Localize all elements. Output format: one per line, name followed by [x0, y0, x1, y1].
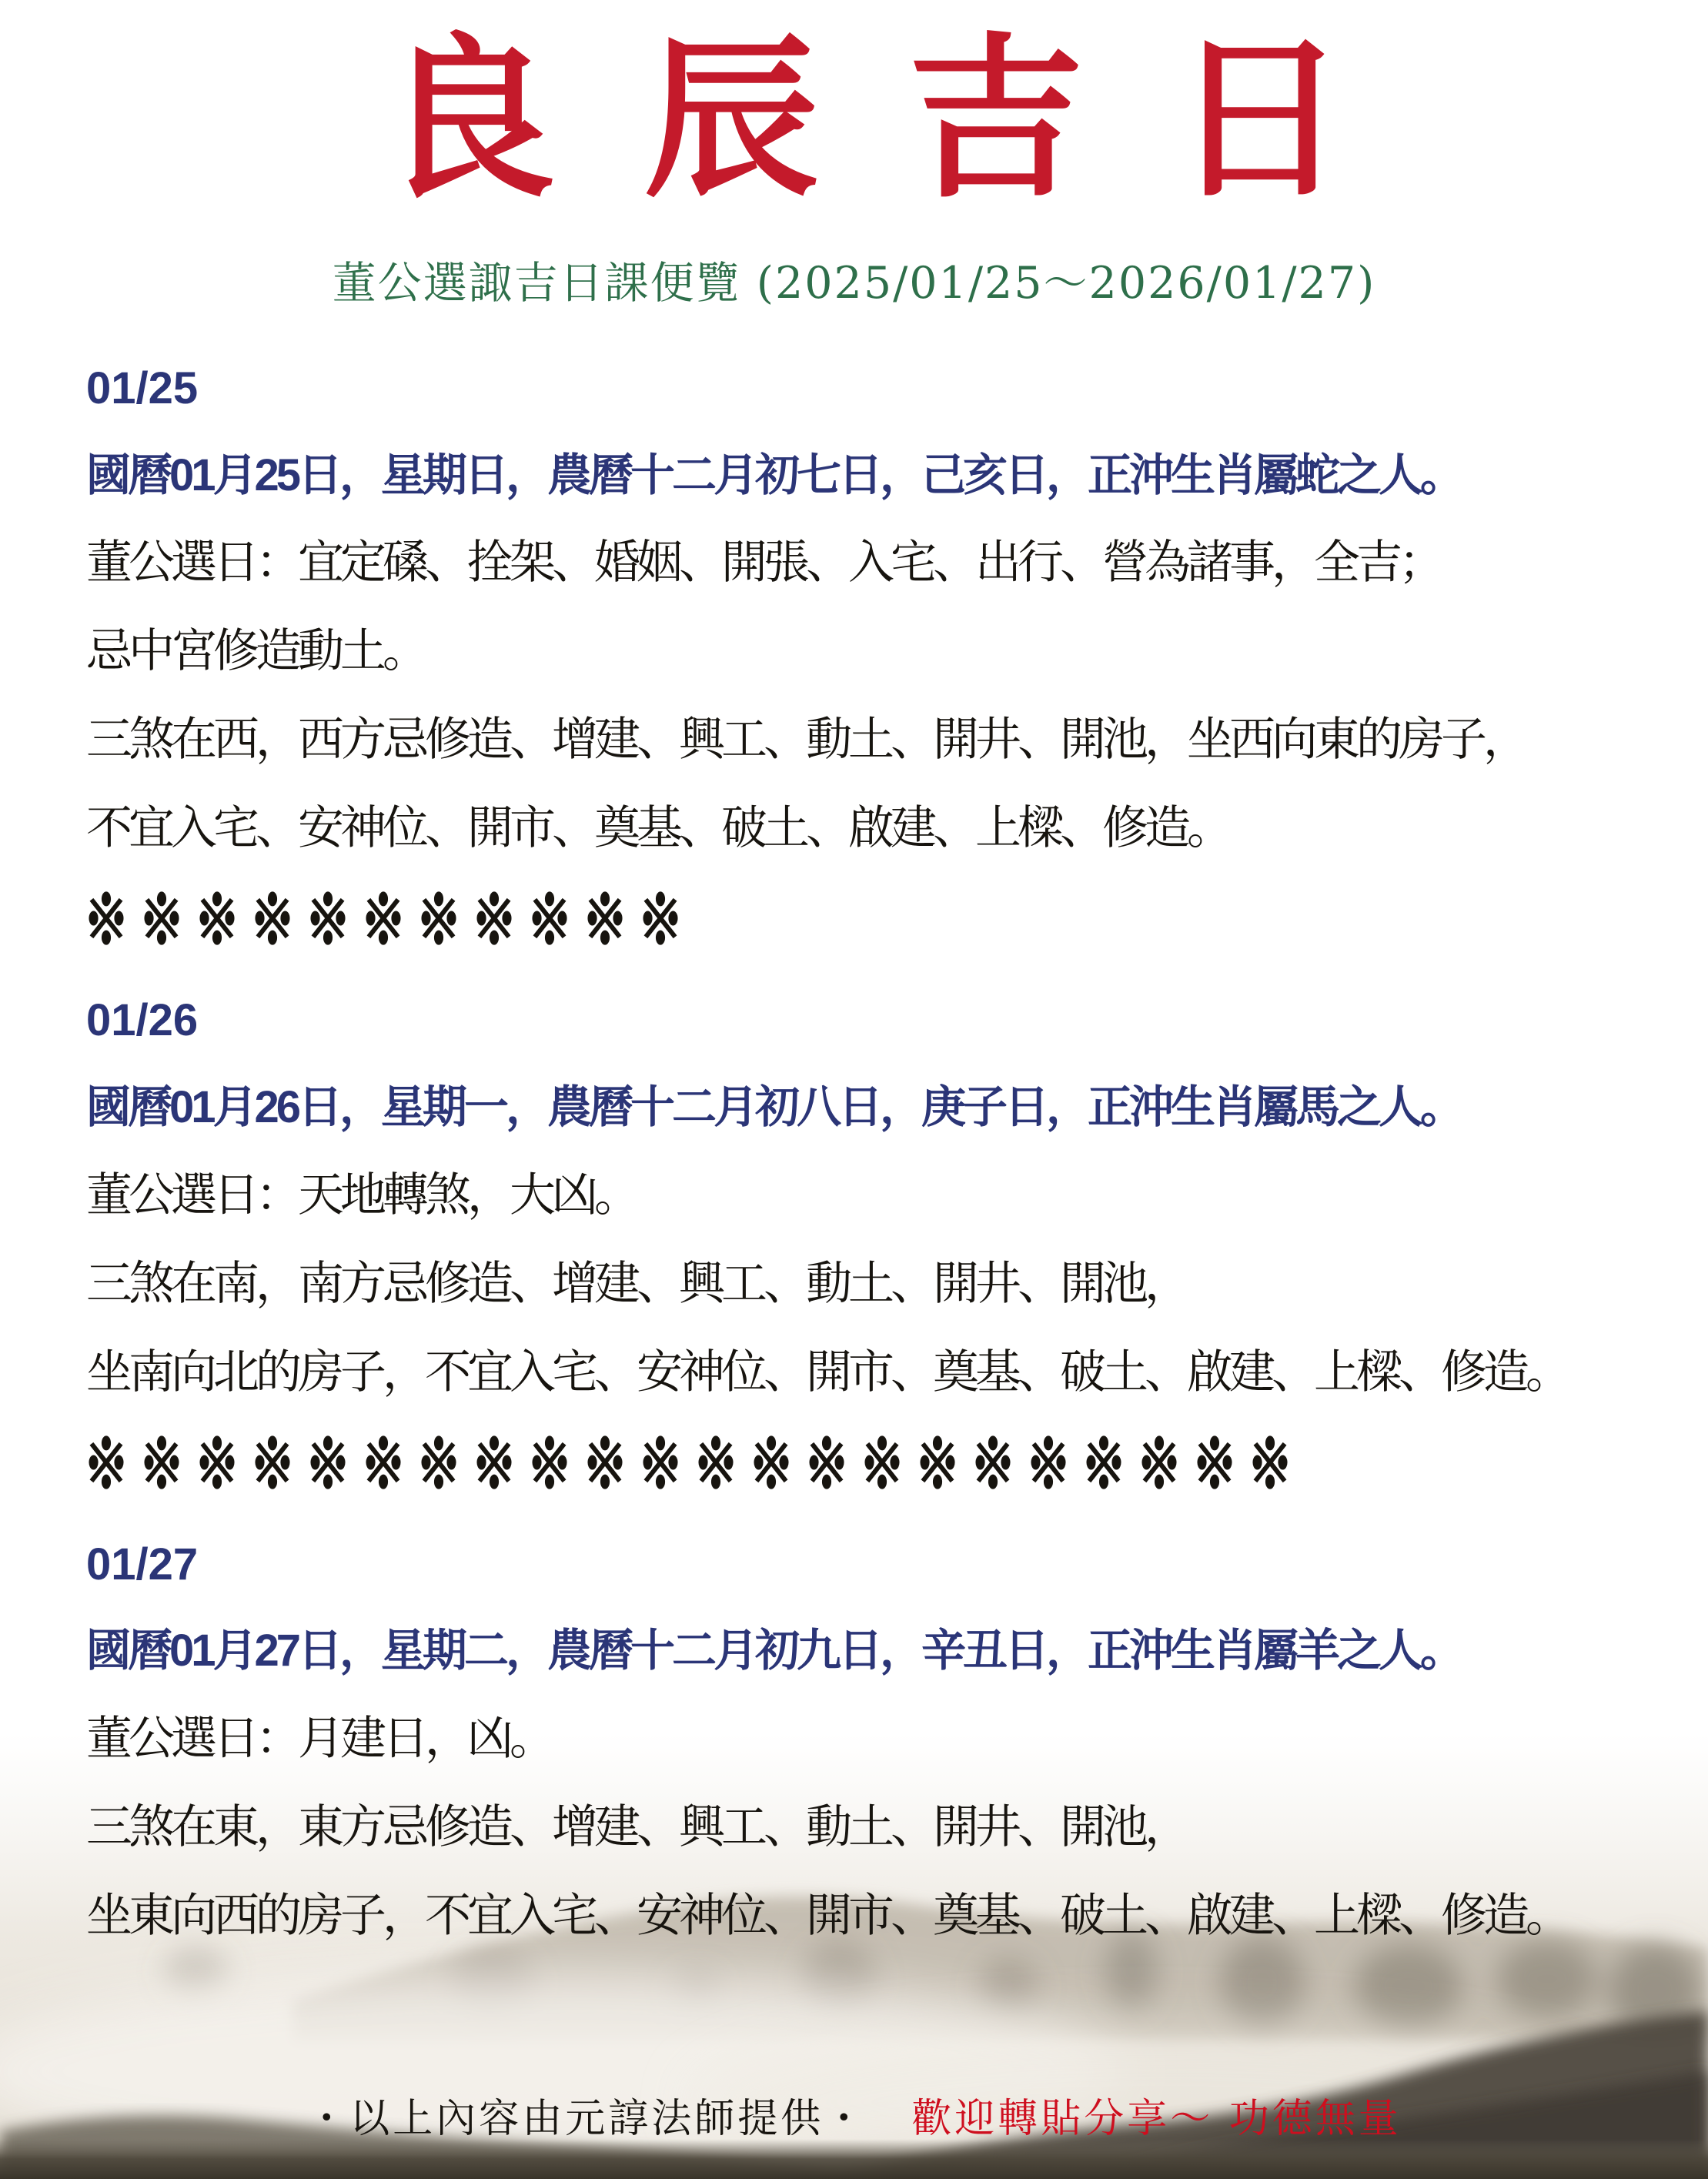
day-summary-line: 國曆01月27日，星期二，農曆十二月初九日，辛丑日，正沖生肖屬羊之人。	[86, 1626, 1677, 1677]
reference-mark-icon	[973, 1432, 1013, 1492]
date-heading: 01/25	[86, 363, 1677, 415]
reference-mark-icon	[363, 1432, 403, 1492]
footer: ・以上內容由元諄法師提供・歡迎轉貼分享～ 功德無量	[0, 2095, 1708, 2143]
dong-gong-line: 董公選日：天地轉煞，大凶。	[86, 1169, 1677, 1222]
reference-mark-icon	[1084, 1432, 1124, 1492]
reference-mark-icon	[640, 888, 680, 948]
reference-mark-icon	[197, 1432, 237, 1492]
dong-gong-line: 董公選日：宜定磉、拴架、婚姻、開張、入宅、出行、營為諸事，全吉；	[86, 536, 1677, 590]
reference-mark-icon	[1139, 1432, 1179, 1492]
day-summary-line: 國曆01月25日，星期日，農曆十二月初七日，己亥日，正沖生肖屬蛇之人。	[86, 450, 1677, 502]
footer-share-text: 歡迎轉貼分享～ 功德無量	[911, 2096, 1402, 2142]
unsuitable-line: 不宜入宅、安神位、開市、奠基、破土、啟建、上樑、修造。	[86, 802, 1677, 855]
divider-reference-marks	[86, 1430, 1677, 1495]
three-sha-line: 三煞在南，南方忌修造、增建、興工、動土、開井、開池，	[86, 1258, 1677, 1311]
reference-mark-icon	[308, 1432, 348, 1492]
reference-mark-icon	[474, 888, 514, 948]
day-sections: 01/25 國曆01月25日，星期日，農曆十二月初七日，己亥日，正沖生肖屬蛇之人…	[0, 363, 1708, 1943]
three-sha-line: 三煞在東，東方忌修造、增建、興工、動土、開井、開池，	[86, 1801, 1677, 1854]
dong-gong-line: 董公選日：月建日，凶。	[86, 1713, 1677, 1766]
reference-mark-icon	[419, 888, 459, 948]
reference-mark-icon	[308, 888, 348, 948]
reference-mark-icon	[530, 888, 570, 948]
reference-mark-icon	[862, 1432, 902, 1492]
reference-mark-icon	[1250, 1432, 1290, 1492]
reference-mark-icon	[419, 1432, 459, 1492]
reference-mark-icon	[696, 1432, 736, 1492]
day-section-0126: 01/26 國曆01月26日，星期一，農曆十二月初八日，庚子日，正沖生肖屬馬之人…	[86, 995, 1677, 1494]
page-subtitle: 董公選諏吉日課便覽 (2025/01/25～2026/01/27)	[0, 248, 1708, 311]
date-heading: 01/27	[86, 1539, 1677, 1591]
taboo-line: 忌中宮修造動土。	[86, 625, 1677, 678]
reference-mark-icon	[807, 1432, 847, 1492]
unsuitable-line: 坐東向西的房子，不宜入宅、安神位、開市、奠基、破土、啟建、上樑、修造。	[86, 1890, 1677, 1943]
reference-mark-icon	[1195, 1432, 1235, 1492]
divider-reference-marks	[86, 886, 1677, 951]
footer-provider-text: ・以上內容由元諄法師提供・	[306, 2096, 867, 2142]
reference-mark-icon	[1028, 1432, 1068, 1492]
reference-mark-icon	[142, 888, 182, 948]
reference-mark-icon	[142, 1432, 182, 1492]
reference-mark-icon	[252, 888, 292, 948]
reference-mark-icon	[86, 1432, 126, 1492]
day-section-0125: 01/25 國曆01月25日，星期日，農曆十二月初七日，己亥日，正沖生肖屬蛇之人…	[86, 363, 1677, 951]
reference-mark-icon	[585, 1432, 625, 1492]
unsuitable-line: 坐南向北的房子，不宜入宅、安神位、開市、奠基、破土、啟建、上樑、修造。	[86, 1346, 1677, 1399]
reference-mark-icon	[252, 1432, 292, 1492]
three-sha-line: 三煞在西，西方忌修造、增建、興工、動土、開井、開池，坐西向東的房子，	[86, 714, 1677, 767]
date-heading: 01/26	[86, 995, 1677, 1047]
reference-mark-icon	[363, 888, 403, 948]
reference-mark-icon	[86, 888, 126, 948]
day-section-0127: 01/27 國曆01月27日，星期二，農曆十二月初九日，辛丑日，正沖生肖屬羊之人…	[86, 1539, 1677, 1943]
reference-mark-icon	[640, 1432, 680, 1492]
reference-mark-icon	[474, 1432, 514, 1492]
reference-mark-icon	[585, 888, 625, 948]
reference-mark-icon	[530, 1432, 570, 1492]
reference-mark-icon	[751, 1432, 791, 1492]
page-title: 良辰吉日	[0, 32, 1708, 208]
almanac-poster: 良辰吉日 董公選諏吉日課便覽 (2025/01/25～2026/01/27) 0…	[0, 0, 1708, 2179]
reference-mark-icon	[197, 888, 237, 948]
poster-content: 良辰吉日 董公選諏吉日課便覽 (2025/01/25～2026/01/27) 0…	[0, 0, 1708, 2179]
reference-mark-icon	[918, 1432, 958, 1492]
day-summary-line: 國曆01月26日，星期一，農曆十二月初八日，庚子日，正沖生肖屬馬之人。	[86, 1082, 1677, 1134]
